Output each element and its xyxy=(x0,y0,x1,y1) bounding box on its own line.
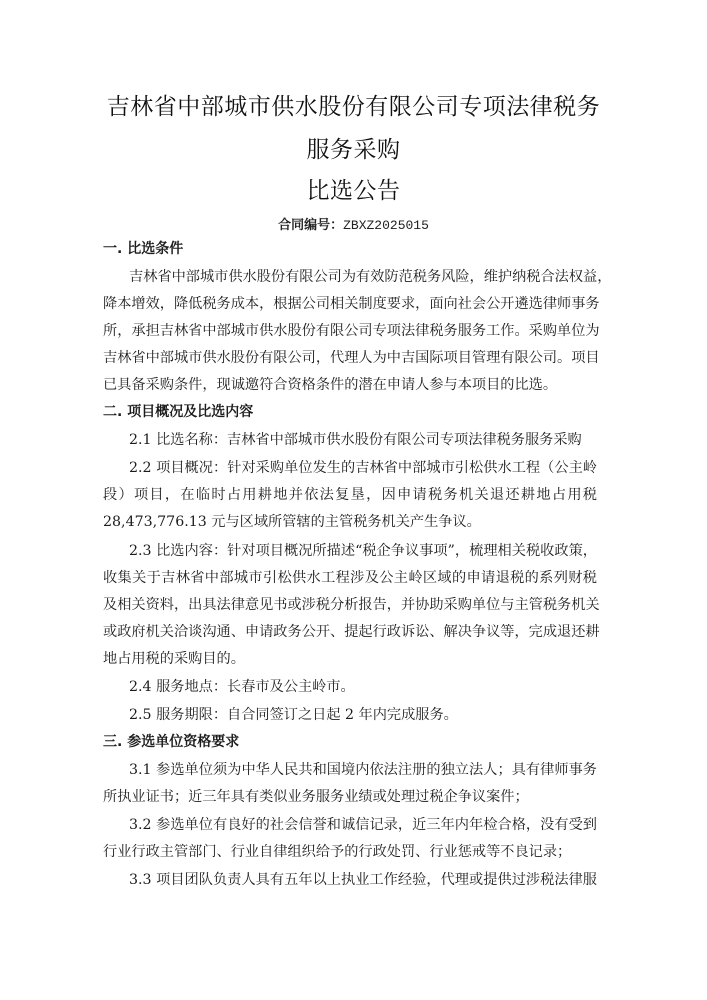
section-2-line: 2.1 比选名称：吉林省中部城市供水股份有限公司专项法律税务服务采购 xyxy=(129,431,582,449)
section-1-line: 所，承担吉林省中部城市供水股份有限公司专项法律税务服务工作。采购单位为 xyxy=(103,322,597,340)
section-heading-2: 二. 项目概况及比选内容 xyxy=(103,403,253,421)
section-3-line: 所执业证书；近三年具有类似业务服务业绩或处理过税企争议案件； xyxy=(103,788,529,806)
section-heading-3: 三. 参选单位资格要求 xyxy=(103,733,239,751)
section-3-line: 3.3 项目团队负责人具有五年以上执业工作经验，代理或提供过涉税法律服 xyxy=(129,871,597,889)
section-1-line: 吉林省中部城市供水股份有限公司为有效防范税务风险，维护纳税合法权益， xyxy=(129,268,597,286)
section-2-line: 2.5 服务期限：自合同签订之日起 2 年内完成服务。 xyxy=(129,706,458,724)
document-title-line-1: 吉林省中部城市供水股份有限公司专项法律税务 xyxy=(0,88,707,121)
contract-number: 合同编号：ZBXZ2025015 xyxy=(0,214,707,233)
section-2-line: 段）项目，在临时占用耕地并依法复垦，因申请税务机关退还耕地占用税 xyxy=(103,486,597,504)
section-heading-1: 一. 比选条件 xyxy=(103,240,183,258)
section-2-line: 地占用税的采购目的。 xyxy=(103,650,245,668)
document-page: 吉林省中部城市供水股份有限公司专项法律税务 服务采购 比选公告 合同编号：ZBX… xyxy=(0,0,707,1000)
section-3-line: 3.2 参选单位有良好的社会信誉和诚信记录，近三年内年检合格，没有受到 xyxy=(129,816,597,834)
section-2-line: 28,473,776.13 元与区域所管辖的主管税务机关产生争议。 xyxy=(103,513,481,531)
contract-number-label: 合同编号： xyxy=(278,218,343,233)
section-2-line: 2.2 项目概况：针对采购单位发生的吉林省中部城市引松供水工程（公主岭 xyxy=(129,459,597,477)
section-1-line: 降本增效，降低税务成本，根据公司相关制度要求，面向社会公开遴选律师事务 xyxy=(103,295,597,313)
section-2-line: 或政府机关洽谈沟通、申请政务公开、提起行政诉讼、解决争议等，完成退还耕 xyxy=(103,623,597,641)
document-title-line-3: 比选公告 xyxy=(0,172,707,205)
section-2-line: 收集关于吉林省中部城市引松供水工程涉及公主岭区域的申请退税的系列财税 xyxy=(103,569,597,587)
section-2-line: 2.3 比选内容：针对项目概况所描述“税企争议事项”，梳理相关税收政策， xyxy=(129,542,597,560)
section-3-line: 3.1 参选单位须为中华人民共和国境内依法注册的独立法人；具有律师事务 xyxy=(129,761,597,779)
section-1-line: 已具备采购条件，现诚邀符合资格条件的潜在申请人参与本项目的比选。 xyxy=(103,376,557,394)
section-2-line: 及相关资料，出具法律意见书或涉税分析报告，并协助采购单位与主管税务机关 xyxy=(103,596,597,614)
section-2-line: 2.4 服务地点：长春市及公主岭市。 xyxy=(129,678,355,696)
section-1-line: 吉林省中部城市供水股份有限公司，代理人为中吉国际项目管理有限公司。项目 xyxy=(103,349,597,367)
contract-number-value: ZBXZ2025015 xyxy=(343,218,429,233)
section-3-line: 行业行政主管部门、行业自律组织给予的行政处罚、行业惩戒等不良记录； xyxy=(103,843,571,861)
document-title-line-2: 服务采购 xyxy=(0,131,707,164)
